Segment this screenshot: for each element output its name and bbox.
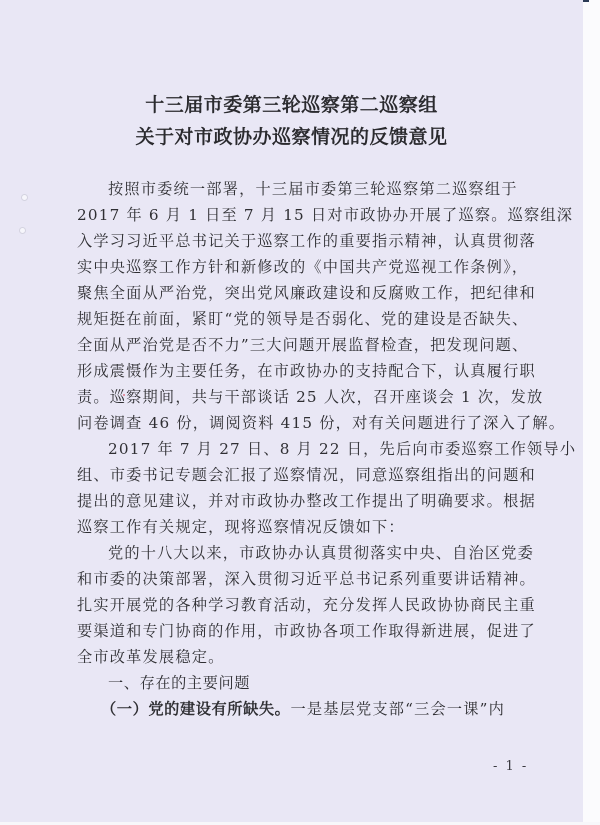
- paragraph-line: 和市委的决策部署，深入贯彻习近平总书记系列重要讲话精神。: [77, 566, 512, 592]
- section-heading: 一、存在的主要问题: [77, 670, 512, 696]
- paragraph-line: 聚焦全面从严治党，突出党风廉政建设和反腐败工作，把纪律和: [77, 280, 512, 306]
- paragraph-line: 问卷调查 46 份，调阅资料 415 份，对有关问题进行了深入了解。: [77, 410, 512, 436]
- paragraph-line: 扎实开展党的各种学习教育活动，充分发挥人民政协协商民主重: [77, 592, 512, 618]
- subsection-text: 一是基层党支部“三会一课”内: [290, 700, 505, 718]
- binding-hole-mark: [22, 195, 27, 200]
- subsection-line: （一）党的建设有所缺失。一是基层党支部“三会一课”内: [77, 696, 512, 722]
- paragraph-line: 2017 年 7 月 27 日、8 月 22 日，先后向市委巡察工作领导小: [77, 436, 512, 462]
- document-title-line-2: 关于对市政协办巡察情况的反馈意见: [0, 122, 583, 152]
- scan-speck: [123, 394, 125, 396]
- paragraph-line: 2017 年 6 月 1 日至 7 月 15 日对市政协办开展了巡察。巡察组深: [77, 202, 512, 228]
- paragraph-line: 要渠道和专门协商的作用，市政协各项工作取得新进展，促进了: [77, 618, 512, 644]
- paragraph-line: 责。巡察期间，共与干部谈话 25 人次，召开座谈会 1 次，发放: [77, 384, 512, 410]
- document-title-line-1: 十三届市委第三轮巡察第二巡察组: [0, 90, 583, 120]
- scan-edge-mark: [583, 0, 589, 2]
- paragraph-line: 实中央巡察工作方针和新修改的《中国共产党巡视工作条例》，: [77, 254, 512, 280]
- paragraph-line: 党的十八大以来，市政协办认真贯彻落实中央、自治区党委: [77, 540, 512, 566]
- subsection-label: （一）党的建设有所缺失。: [101, 700, 290, 718]
- binding-hole-mark: [20, 228, 25, 233]
- paragraph-line: 全市改革发展稳定。: [77, 644, 512, 670]
- paragraph-line: 组、市委书记专题会汇报了巡察情况，同意巡察组指出的问题和: [77, 462, 512, 488]
- paragraph-line: 全面从严治党是否不力”三大问题开展监督检查，把发现问题、: [77, 332, 512, 358]
- page-number: - 1 -: [493, 759, 528, 774]
- paragraph-line: 规矩挺在前面，紧盯“党的领导是否弱化、党的建设是否缺失、: [77, 306, 512, 332]
- document-body: 按照市委统一部署，十三届市委第三轮巡察第二巡察组于 2017 年 6 月 1 日…: [77, 176, 512, 722]
- paragraph-line: 巡察工作有关规定，现将巡察情况反馈如下：: [77, 514, 512, 540]
- paragraph-line: 形成震慑作为主要任务，在市政协办的支持配合下，认真履行职: [77, 358, 512, 384]
- paragraph-line: 按照市委统一部署，十三届市委第三轮巡察第二巡察组于: [77, 176, 512, 202]
- paragraph-line: 提出的意见建议，并对市政协办整改工作提出了明确要求。根据: [77, 488, 512, 514]
- paragraph-line: 入学习习近平总书记关于巡察工作的重要指示精神，认真贯彻落: [77, 228, 512, 254]
- scan-margin: [583, 0, 600, 825]
